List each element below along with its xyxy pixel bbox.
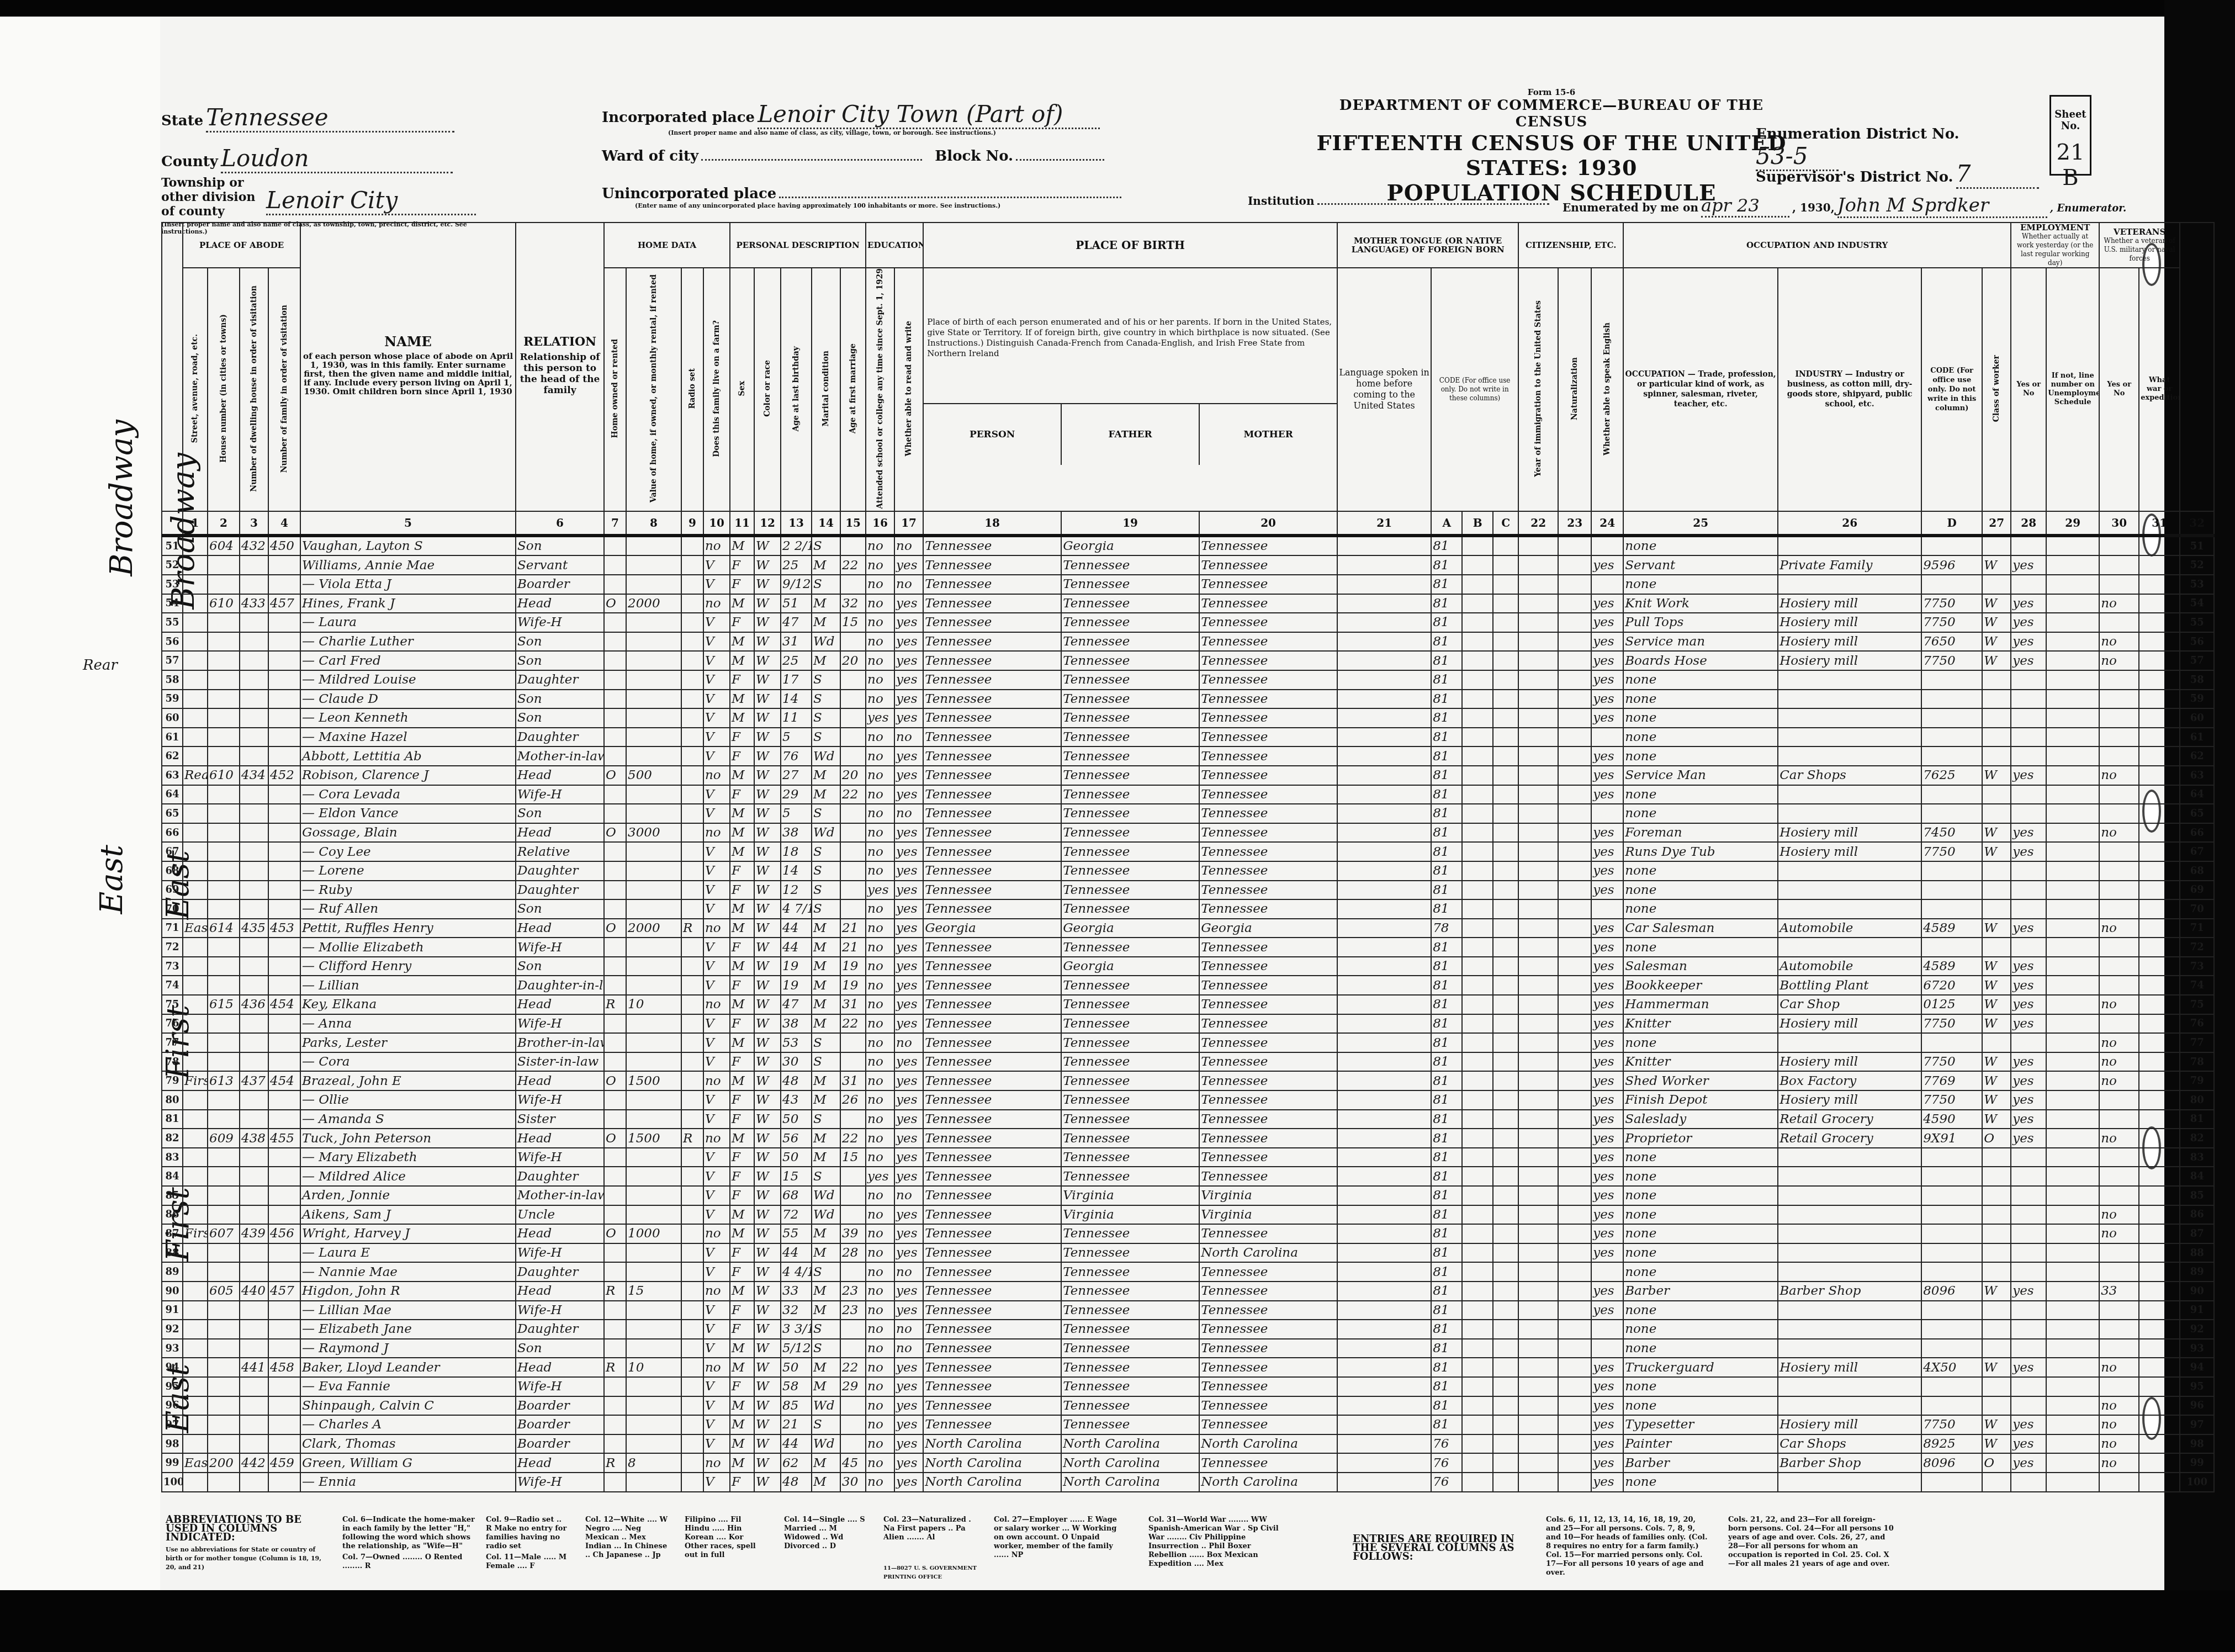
cell-empty bbox=[1337, 1110, 1431, 1129]
cell-farm: no bbox=[703, 536, 730, 556]
col-num: 15 bbox=[840, 511, 866, 536]
cell-birth-father: Tennessee bbox=[1061, 766, 1199, 785]
cell-radio bbox=[681, 1358, 703, 1377]
cell-age: 15 bbox=[781, 1167, 812, 1186]
cell-birth-mother: Tennessee bbox=[1199, 708, 1337, 728]
cell-street bbox=[183, 842, 208, 861]
cell-radio bbox=[681, 995, 703, 1014]
cell-empty bbox=[1518, 861, 1558, 881]
cell-marital: S bbox=[812, 690, 840, 709]
cell-race: W bbox=[754, 1167, 781, 1186]
cell-name: Brazeal, John E bbox=[300, 1071, 516, 1090]
cell-occupation: Salesman bbox=[1623, 957, 1778, 976]
cell-family bbox=[268, 861, 300, 881]
cell-empty bbox=[2046, 957, 2099, 976]
cell-owned bbox=[604, 1301, 626, 1320]
col-17-label: Whether able to read and write bbox=[905, 321, 913, 456]
col-24-label: Whether able to speak English bbox=[1603, 322, 1612, 456]
cell-house bbox=[208, 1377, 240, 1396]
cell-code-d bbox=[1921, 746, 1982, 766]
cell-industry: Hosiery mill bbox=[1778, 594, 1921, 613]
col-31-label: What war or expedition? bbox=[2141, 376, 2180, 402]
cell-name: Baker, Lloyd Leander bbox=[300, 1358, 516, 1377]
cell-birth-father: Tennessee bbox=[1061, 1339, 1199, 1358]
cell-read: no bbox=[894, 804, 923, 823]
cell-relation: Uncle bbox=[516, 1205, 604, 1225]
cell-age-marriage: 19 bbox=[840, 976, 866, 995]
col-27-label: Class of worker bbox=[1993, 355, 2001, 422]
col-11-label: Sex bbox=[738, 381, 746, 396]
table-row: 77Parks, LesterBrother-in-lawVMW53SnonoT… bbox=[162, 1033, 2214, 1052]
cell-empty bbox=[1493, 1434, 1518, 1454]
cell-empty bbox=[1558, 670, 1591, 690]
cell-street bbox=[183, 536, 208, 556]
cell-name: — Coy Lee bbox=[300, 842, 516, 861]
cell-street bbox=[183, 708, 208, 728]
cell-dwelling bbox=[240, 1110, 268, 1129]
cell-empty bbox=[2139, 1339, 2180, 1358]
cell-veteran bbox=[2099, 899, 2139, 919]
cell-empty bbox=[1518, 1167, 1558, 1186]
cell-street: First bbox=[183, 1224, 208, 1243]
cell-name: Shinpaugh, Calvin C bbox=[300, 1396, 516, 1416]
cell-race: W bbox=[754, 632, 781, 652]
cell-at-work bbox=[2011, 708, 2046, 728]
cell-marital: S bbox=[812, 899, 840, 919]
cell-class bbox=[1982, 1262, 2011, 1282]
cell-code-d: 7625 bbox=[1921, 766, 1982, 785]
cell-line: 90 bbox=[162, 1282, 183, 1301]
cell-school: no bbox=[866, 1262, 894, 1282]
cell-house bbox=[208, 1033, 240, 1052]
cell-industry: Private Family bbox=[1778, 555, 1921, 575]
cell-birth-mother: Tennessee bbox=[1199, 1358, 1337, 1377]
cell-street bbox=[183, 1110, 208, 1129]
cell-read: no bbox=[894, 1339, 923, 1358]
cell-marital: S bbox=[812, 1033, 840, 1052]
entries-title-block: ENTRIES ARE REQUIRED IN THE SEVERAL COLU… bbox=[1353, 1535, 1535, 1561]
cell-name: Higdon, John R bbox=[300, 1282, 516, 1301]
cell-code-d: 4590 bbox=[1921, 1110, 1982, 1129]
cell-empty bbox=[1518, 1339, 1558, 1358]
cell-house bbox=[208, 1148, 240, 1167]
cell-empty bbox=[1462, 1186, 1493, 1205]
cell-empty bbox=[2046, 1129, 2099, 1148]
cell-line: 87 bbox=[162, 1224, 183, 1243]
col-1-header: Street, avenue, road, etc. bbox=[183, 268, 208, 511]
cell-empty bbox=[1493, 976, 1518, 995]
col-14-label: Marital condition bbox=[822, 351, 830, 426]
cell-industry: Car Shops bbox=[1778, 1434, 1921, 1454]
cell-english: yes bbox=[1591, 1396, 1623, 1416]
cell-empty bbox=[1337, 1205, 1431, 1225]
cell-english: yes bbox=[1591, 842, 1623, 861]
cell-house bbox=[208, 708, 240, 728]
table-row: 62Abbott, Lettitia AbMother-in-lawVFW76W… bbox=[162, 746, 2214, 766]
cell-at-work: yes bbox=[2011, 651, 2046, 670]
cell-code-d bbox=[1921, 690, 1982, 709]
cell-class bbox=[1982, 1339, 2011, 1358]
cell-marital: M bbox=[812, 1453, 840, 1473]
cell-class bbox=[1982, 785, 2011, 804]
cell-radio bbox=[681, 957, 703, 976]
incorporated-label: Incorporated place bbox=[602, 109, 755, 126]
col-num: 32 bbox=[2180, 511, 2214, 536]
cell-occupation: Typesetter bbox=[1623, 1415, 1778, 1434]
cell-occupation: Painter bbox=[1623, 1434, 1778, 1454]
col-26-label: INDUSTRY — Industry or business, as cott… bbox=[1787, 370, 1913, 409]
cell-occupation: Boards Hose bbox=[1623, 651, 1778, 670]
cell-code-a: 81 bbox=[1431, 899, 1462, 919]
cell-industry: Hosiery mill bbox=[1778, 632, 1921, 652]
cell-radio bbox=[681, 690, 703, 709]
cell-code-d: 8096 bbox=[1921, 1282, 1982, 1301]
cell-industry bbox=[1778, 1377, 1921, 1396]
cell-english: yes bbox=[1591, 1071, 1623, 1090]
cell-class: W bbox=[1982, 842, 2011, 861]
cell-line: 63 bbox=[162, 766, 183, 785]
cell-english: yes bbox=[1591, 861, 1623, 881]
cell-veteran: no bbox=[2099, 995, 2139, 1014]
cell-at-work bbox=[2011, 536, 2046, 556]
cell-empty bbox=[2046, 1052, 2099, 1072]
cell-veteran bbox=[2099, 690, 2139, 709]
cell-empty bbox=[1558, 976, 1591, 995]
cell-radio bbox=[681, 1167, 703, 1186]
cell-dwelling bbox=[240, 1377, 268, 1396]
place-of-birth-title: PLACE OF BIRTH bbox=[925, 241, 1336, 250]
cell-sex: F bbox=[730, 881, 754, 900]
cell-farm: V bbox=[703, 1033, 730, 1052]
cell-veteran: no bbox=[2099, 1052, 2139, 1072]
col-num: 21 bbox=[1337, 511, 1431, 536]
cell-line: 78 bbox=[162, 1052, 183, 1072]
cell-industry: Automobile bbox=[1778, 919, 1921, 938]
cell-empty bbox=[1462, 1415, 1493, 1434]
cell-family: 457 bbox=[268, 594, 300, 613]
cell-sex: M bbox=[730, 1129, 754, 1148]
cell-birth-mother: Tennessee bbox=[1199, 575, 1337, 594]
table-row: 90605440457Higdon, John RHeadR15noMW33M2… bbox=[162, 1282, 2214, 1301]
cell-dwelling bbox=[240, 670, 268, 690]
cell-school: yes bbox=[866, 708, 894, 728]
cell-radio bbox=[681, 938, 703, 957]
cell-value bbox=[626, 1090, 681, 1110]
col-num: 24 bbox=[1591, 511, 1623, 536]
cell-empty bbox=[2139, 575, 2180, 594]
cell-empty bbox=[1493, 1071, 1518, 1090]
entries-a: Cols. 6, 11, 12, 13, 14, 16, 18, 19, 20,… bbox=[1546, 1516, 1712, 1577]
cell-empty bbox=[1493, 1339, 1518, 1358]
cell-radio bbox=[681, 1262, 703, 1282]
cell-at-work: yes bbox=[2011, 823, 2046, 843]
table-row: 94441458Baker, Lloyd LeanderHeadR10noMW5… bbox=[162, 1358, 2214, 1377]
cell-empty bbox=[1337, 766, 1431, 785]
table-row: 55— LauraWife-HVFW47M15noyesTennesseeTen… bbox=[162, 613, 2214, 632]
cell-race: W bbox=[754, 1358, 781, 1377]
cell-code-a: 81 bbox=[1431, 651, 1462, 670]
cell-empty bbox=[2046, 1262, 2099, 1282]
cell-family bbox=[268, 1148, 300, 1167]
cell-birth-father: Tennessee bbox=[1061, 1358, 1199, 1377]
cell-age: 32 bbox=[781, 1301, 812, 1320]
cell-sex: F bbox=[730, 555, 754, 575]
col-num bbox=[162, 511, 183, 536]
cell-school: no bbox=[866, 1071, 894, 1090]
county-value: Loudon bbox=[221, 145, 453, 173]
col-7-header: Home owned or rented bbox=[604, 268, 626, 511]
cell-relation: Daughter bbox=[516, 728, 604, 747]
cell-code-a: 81 bbox=[1431, 575, 1462, 594]
cell-dwelling bbox=[240, 1339, 268, 1358]
cell-occupation: none bbox=[1623, 1148, 1778, 1167]
cell-occupation: none bbox=[1623, 1377, 1778, 1396]
cell-code-d bbox=[1921, 1243, 1982, 1263]
cell-race: W bbox=[754, 1129, 781, 1148]
cell-line: 64 bbox=[2180, 785, 2214, 804]
cell-read: yes bbox=[894, 1282, 923, 1301]
cell-line: 76 bbox=[162, 1014, 183, 1034]
table-row: 81— Amanda SSisterVFW50SnoyesTennesseeTe… bbox=[162, 1110, 2214, 1129]
cell-race: W bbox=[754, 575, 781, 594]
cell-occupation: none bbox=[1623, 536, 1778, 556]
cell-birth-father: Tennessee bbox=[1061, 1071, 1199, 1090]
cell-name: — Anna bbox=[300, 1014, 516, 1034]
cell-name: — Ennia bbox=[300, 1473, 516, 1492]
cell-code-a: 81 bbox=[1431, 766, 1462, 785]
col-num: 7 bbox=[604, 511, 626, 536]
place-of-birth-header: PLACE OF BIRTH bbox=[923, 223, 1337, 268]
cell-class: W bbox=[1982, 1014, 2011, 1034]
cell-line: 84 bbox=[2180, 1167, 2214, 1186]
cell-relation: Head bbox=[516, 594, 604, 613]
cell-empty bbox=[1518, 842, 1558, 861]
col-num: 31 bbox=[2139, 511, 2180, 536]
cell-empty bbox=[1337, 1033, 1431, 1052]
cell-dwelling: 432 bbox=[240, 536, 268, 556]
cell-at-work: yes bbox=[2011, 919, 2046, 938]
cell-birth-mother: Tennessee bbox=[1199, 613, 1337, 632]
cell-farm: V bbox=[703, 1339, 730, 1358]
cell-empty bbox=[2139, 957, 2180, 976]
cell-code-d: 9596 bbox=[1921, 555, 1982, 575]
cell-industry bbox=[1778, 1033, 1921, 1052]
cell-race: W bbox=[754, 957, 781, 976]
col-num: B bbox=[1462, 511, 1493, 536]
cell-birth-father: Tennessee bbox=[1061, 1167, 1199, 1186]
cell-occupation: none bbox=[1623, 1339, 1778, 1358]
cell-farm: V bbox=[703, 1243, 730, 1263]
cell-sex: F bbox=[730, 1110, 754, 1129]
table-row: 97— Charles ABoarderVMW21SnoyesTennessee… bbox=[162, 1415, 2214, 1434]
cell-value bbox=[626, 575, 681, 594]
cell-line: 68 bbox=[162, 861, 183, 881]
cell-marital: S bbox=[812, 861, 840, 881]
cell-veteran bbox=[2099, 842, 2139, 861]
cell-value bbox=[626, 957, 681, 976]
cell-value bbox=[626, 632, 681, 652]
cell-race: W bbox=[754, 1090, 781, 1110]
cell-age-marriage bbox=[840, 536, 866, 556]
cell-empty bbox=[1558, 1339, 1591, 1358]
cell-empty bbox=[1337, 919, 1431, 938]
cell-street bbox=[183, 1415, 208, 1434]
cell-empty bbox=[1493, 823, 1518, 843]
cell-street bbox=[183, 1301, 208, 1320]
cell-owned: R bbox=[604, 1453, 626, 1473]
cell-farm: no bbox=[703, 1071, 730, 1090]
cell-street: Rear bbox=[183, 766, 208, 785]
cell-english: yes bbox=[1591, 670, 1623, 690]
cell-empty bbox=[1518, 823, 1558, 843]
cell-line: 94 bbox=[2180, 1358, 2214, 1377]
col-num: 10 bbox=[703, 511, 730, 536]
cell-line: 56 bbox=[2180, 632, 2214, 652]
cell-age-marriage bbox=[840, 1339, 866, 1358]
cell-empty bbox=[2046, 976, 2099, 995]
legend-col31: Col. 31—World War ........ WW Spanish-Am… bbox=[1148, 1516, 1281, 1569]
cell-industry bbox=[1778, 861, 1921, 881]
cell-dwelling bbox=[240, 976, 268, 995]
cell-birth-mother: Tennessee bbox=[1199, 1090, 1337, 1110]
cell-birth-mother: Tennessee bbox=[1199, 1339, 1337, 1358]
cell-empty bbox=[2139, 842, 2180, 861]
cell-dwelling bbox=[240, 1033, 268, 1052]
table-row: 54610433457Hines, Frank JHeadO2000noMW51… bbox=[162, 594, 2214, 613]
cell-school: no bbox=[866, 766, 894, 785]
cell-family: 459 bbox=[268, 1453, 300, 1473]
cell-code-d bbox=[1921, 938, 1982, 957]
cell-sex: F bbox=[730, 1243, 754, 1263]
cell-street: First bbox=[183, 1071, 208, 1090]
cell-name: Wright, Harvey J bbox=[300, 1224, 516, 1243]
col-31-header: What war or expedition? bbox=[2139, 268, 2180, 511]
cell-birth-father: North Carolina bbox=[1061, 1434, 1199, 1454]
cell-race: W bbox=[754, 1282, 781, 1301]
cell-at-work: yes bbox=[2011, 957, 2046, 976]
col-14-header: Marital condition bbox=[812, 268, 840, 511]
cell-radio bbox=[681, 861, 703, 881]
cell-radio bbox=[681, 881, 703, 900]
cell-empty bbox=[2046, 1301, 2099, 1320]
cell-family bbox=[268, 1301, 300, 1320]
street-label-east: East bbox=[94, 845, 130, 914]
cell-school: no bbox=[866, 1358, 894, 1377]
cell-age: 14 bbox=[781, 861, 812, 881]
cell-empty bbox=[1493, 1377, 1518, 1396]
cell-code-d bbox=[1921, 1186, 1982, 1205]
cell-dwelling bbox=[240, 1415, 268, 1434]
home-data-header: HOME DATA bbox=[604, 223, 730, 268]
cell-industry: Barber Shop bbox=[1778, 1282, 1921, 1301]
name-header: NAMEof each person whose place of abode … bbox=[300, 223, 516, 511]
cell-industry bbox=[1778, 1243, 1921, 1263]
cell-race: W bbox=[754, 1301, 781, 1320]
cell-birth-person: Tennessee bbox=[923, 1129, 1061, 1148]
cell-empty bbox=[1493, 1148, 1518, 1167]
col-num: 28 bbox=[2011, 511, 2046, 536]
cell-empty bbox=[1493, 938, 1518, 957]
cell-veteran bbox=[2099, 1377, 2139, 1396]
cell-code-a: 81 bbox=[1431, 804, 1462, 823]
cell-empty bbox=[1518, 1262, 1558, 1282]
cell-empty bbox=[1337, 881, 1431, 900]
cell-radio bbox=[681, 1052, 703, 1072]
cell-empty bbox=[2139, 708, 2180, 728]
cell-empty bbox=[2046, 651, 2099, 670]
cell-relation: Head bbox=[516, 1453, 604, 1473]
cell-house: 604 bbox=[208, 536, 240, 556]
cell-value bbox=[626, 1415, 681, 1434]
cell-birth-mother: Tennessee bbox=[1199, 938, 1337, 957]
cell-veteran: no bbox=[2099, 1396, 2139, 1416]
cell-school: no bbox=[866, 575, 894, 594]
cell-veteran: no bbox=[2099, 1453, 2139, 1473]
cell-code-a: 81 bbox=[1431, 861, 1462, 881]
cell-relation: Son bbox=[516, 957, 604, 976]
col-15-label: Age at first marriage bbox=[849, 343, 857, 433]
cell-empty bbox=[2046, 632, 2099, 652]
cell-line: 76 bbox=[2180, 1014, 2214, 1034]
cell-empty bbox=[1493, 670, 1518, 690]
cell-birth-person: North Carolina bbox=[923, 1473, 1061, 1492]
cell-age-marriage: 22 bbox=[840, 555, 866, 575]
cell-value bbox=[626, 1243, 681, 1263]
cell-house bbox=[208, 670, 240, 690]
cell-code-d: 8925 bbox=[1921, 1434, 1982, 1454]
cell-relation: Head bbox=[516, 766, 604, 785]
cell-birth-mother: Tennessee bbox=[1199, 1110, 1337, 1129]
cell-value: 2000 bbox=[626, 919, 681, 938]
county-label: County bbox=[161, 153, 218, 170]
cell-age-marriage: 21 bbox=[840, 919, 866, 938]
cell-english: yes bbox=[1591, 976, 1623, 995]
cell-name: — Lorene bbox=[300, 861, 516, 881]
cell-sex: M bbox=[730, 766, 754, 785]
cell-house bbox=[208, 1014, 240, 1034]
cell-relation: Boarder bbox=[516, 1415, 604, 1434]
cell-name: — Ruby bbox=[300, 881, 516, 900]
cell-family: 457 bbox=[268, 1282, 300, 1301]
cell-name: Gossage, Blain bbox=[300, 823, 516, 843]
cell-house bbox=[208, 1186, 240, 1205]
cell-relation: Son bbox=[516, 536, 604, 556]
cell-age-marriage bbox=[840, 804, 866, 823]
cell-age-marriage bbox=[840, 881, 866, 900]
cell-line: 74 bbox=[2180, 976, 2214, 995]
table-row: 68— LoreneDaughterVFW14SnoyesTennesseeTe… bbox=[162, 861, 2214, 881]
cell-occupation: Shed Worker bbox=[1623, 1071, 1778, 1090]
table-row: 74— LillianDaughter-in-lawVFW19M19noyesT… bbox=[162, 976, 2214, 995]
col-num: 25 bbox=[1623, 511, 1778, 536]
cell-race: W bbox=[754, 1377, 781, 1396]
department-title: DEPARTMENT OF COMMERCE—BUREAU OF THE CEN… bbox=[1303, 97, 1800, 130]
cell-sex: F bbox=[730, 1090, 754, 1110]
cell-age: 17 bbox=[781, 670, 812, 690]
cell-value: 3000 bbox=[626, 823, 681, 843]
cell-marital: M bbox=[812, 594, 840, 613]
cell-occupation: Pull Tops bbox=[1623, 613, 1778, 632]
cell-owned bbox=[604, 1434, 626, 1454]
cell-marital: M bbox=[812, 1243, 840, 1263]
cell-age: 55 bbox=[781, 1224, 812, 1243]
cell-empty bbox=[1493, 957, 1518, 976]
cell-line: 70 bbox=[162, 899, 183, 919]
cell-family bbox=[268, 1205, 300, 1225]
cell-english: yes bbox=[1591, 1052, 1623, 1072]
cell-relation: Daughter bbox=[516, 1262, 604, 1282]
col-2-header: House number (in cities or towns) bbox=[208, 268, 240, 511]
